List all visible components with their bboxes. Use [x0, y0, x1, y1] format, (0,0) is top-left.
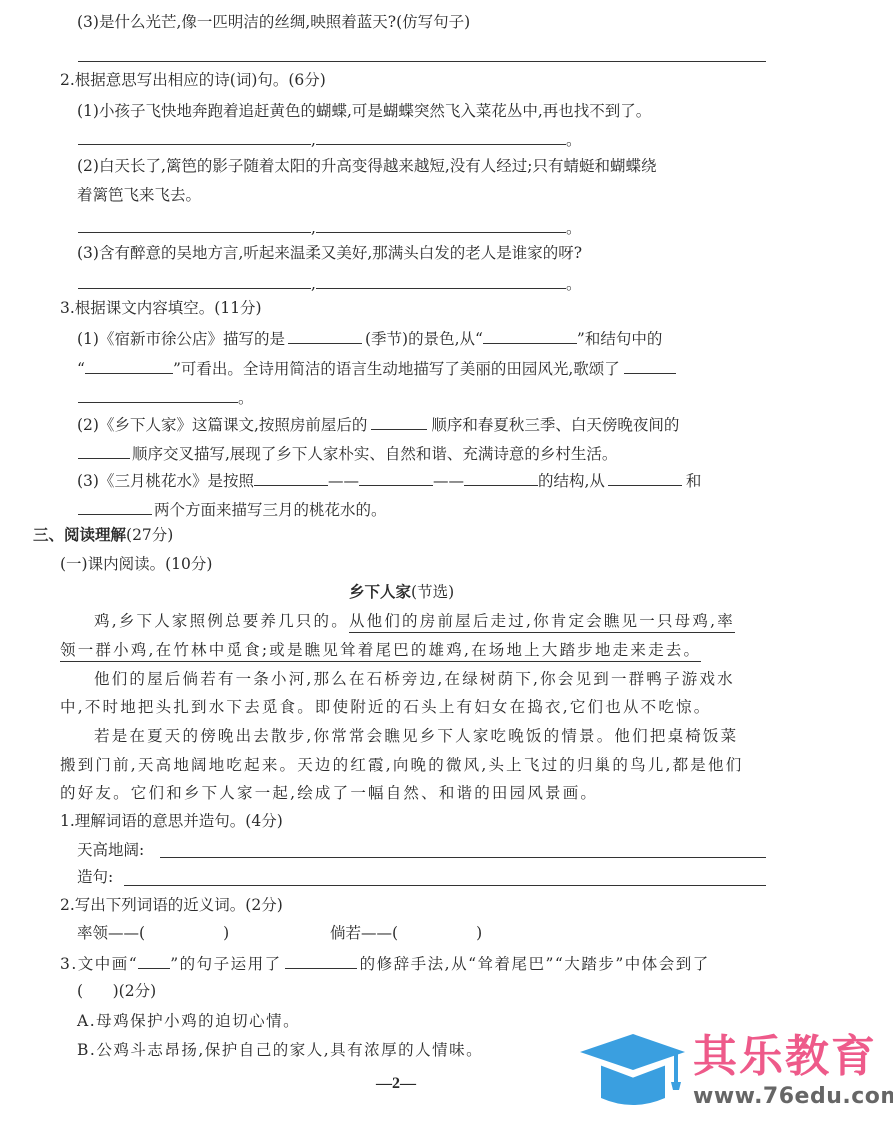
answer-blank[interactable]	[608, 469, 682, 486]
q3-item3-line2: 两个方面来描写三月的桃花水的。	[78, 498, 387, 520]
answer-blank-season[interactable]	[288, 327, 362, 344]
q2-item1-answer: ,。	[78, 128, 581, 150]
answer-blank[interactable]	[371, 413, 427, 430]
reading-q1-meaning-line[interactable]	[160, 857, 766, 858]
section3-heading: 三、阅读理解(27分)	[33, 525, 173, 545]
answer-blank[interactable]	[464, 469, 538, 486]
reading-q3-option-b[interactable]: B.公鸡斗志昂扬,保护自己的家人,具有浓厚的人情味。	[77, 1040, 483, 1060]
q3-item2-line1: (2)《乡下人家》这篇课文,按照房前屋后的顺序和春夏秋三季、白天傍晚夜间的	[77, 413, 679, 435]
answer-blank-rhetoric[interactable]	[285, 952, 357, 969]
answer-blank[interactable]	[78, 498, 152, 515]
answer-blank[interactable]	[316, 272, 566, 289]
reading-q2-heading: 2.写出下列词语的近义词。(2分)	[60, 895, 283, 915]
q2-item2-text-line2: 着篱笆飞来飞去。	[77, 185, 201, 205]
answer-blank[interactable]	[359, 469, 433, 486]
reading-q1-sentence-label: 造句:	[77, 867, 113, 887]
answer-blank[interactable]	[316, 216, 566, 233]
answer-blank[interactable]	[78, 386, 238, 403]
reading-q1-sentence-line[interactable]	[124, 885, 766, 886]
reading-q2-word1: 率领——()	[77, 923, 229, 943]
q3-heading: 3.根据课文内容填空。(11分)	[60, 298, 262, 318]
q2-item2-answer: ,。	[78, 216, 581, 238]
passage-p3-line3: 的好友。它们和乡下人家一起,绘成了一幅自然、和谐的田园风景画。	[60, 783, 598, 803]
section3-subheading: (一)课内阅读。(10分)	[60, 554, 212, 574]
answer-blank[interactable]	[624, 357, 676, 374]
reading-q3-answer-bracket[interactable]: ( )(2分)	[77, 981, 156, 1001]
q2-item3-answer: ,。	[78, 272, 581, 294]
q1-3-prompt: (3)是什么光芒,像一匹明洁的丝绸,映照着蓝天?(仿写句子)	[77, 12, 470, 32]
q3-item2-line2: 顺序交叉描写,展现了乡下人家朴实、自然和谐、充满诗意的乡村生活。	[78, 442, 617, 464]
answer-blank[interactable]	[85, 357, 173, 374]
passage-p1-line1: 鸡,乡下人家照例总要养几只的。从他们的房前屋后走过,你肯定会瞧见一只母鸡,率	[94, 611, 735, 631]
reading-q3-line1: 3.文中画“”的句子运用了的修辞手法,从“耸着尾巴”“大踏步”中体会到了	[60, 952, 710, 974]
underlined-sentence: 从他们的房前屋后走过,你肯定会瞧见一只母鸡,率	[349, 612, 735, 633]
answer-blank[interactable]	[78, 216, 311, 233]
page-number: —2—	[376, 1074, 416, 1094]
answer-blank[interactable]	[138, 952, 170, 969]
watermark-logo: 其乐教育 www.76edu.com	[575, 1028, 893, 1118]
reading-q3-option-a[interactable]: A.母鸡保护小鸡的迫切心情。	[77, 1011, 300, 1031]
passage-p1-line2: 领一群小鸡,在竹林中觅食;或是瞧见耸着尾巴的雄鸡,在场地上大踏步地走来走去。	[60, 640, 701, 660]
q3-item1-line3: 。	[78, 386, 254, 408]
reading-q2-word2: 倘若——()	[330, 923, 482, 943]
answer-blank[interactable]	[316, 128, 566, 145]
answer-blank[interactable]	[78, 272, 311, 289]
passage-p3-line1: 若是在夏天的傍晚出去散步,你常常会瞧见乡下人家吃晚饭的情景。他们把桌椅饭菜	[94, 726, 738, 746]
underlined-sentence: 领一群小鸡,在竹林中觅食;或是瞧见耸着尾巴的雄鸡,在场地上大踏步地走来走去。	[60, 641, 701, 662]
q2-item1-text: (1)小孩子飞快地奔跑着追赶黄色的蝴蝶,可是蝴蝶突然飞入菜花丛中,再也找不到了。	[77, 101, 651, 121]
answer-blank[interactable]	[483, 327, 577, 344]
brand-name: 其乐教育	[693, 1032, 877, 1082]
q1-3-answer-line[interactable]	[78, 61, 766, 62]
passage-p2-line2: 中,不时地把头扎到水下去觅食。即使附近的石头上有妇女在捣衣,它们也从不吃惊。	[60, 697, 711, 717]
reading-q1-term-label: 天高地阔:	[77, 840, 144, 860]
reading-q1-heading: 1.理解词语的意思并造句。(4分)	[60, 811, 283, 831]
passage-title: 乡下人家(节选)	[349, 582, 454, 602]
answer-blank[interactable]	[254, 469, 328, 486]
answer-blank[interactable]	[78, 442, 130, 459]
passage-p3-line2: 搬到门前,天高地阔地吃起来。天边的红霞,向晚的微风,头上飞过的归巢的鸟儿,都是他…	[60, 755, 743, 775]
passage-p2-line1: 他们的屋后倘若有一条小河,那么在石桥旁边,在绿树荫下,你会见到一群鸭子游戏水	[94, 669, 735, 689]
q3-item3-line1: (3)《三月桃花水》是按照————的结构,从和	[77, 469, 701, 491]
q2-heading: 2.根据意思写出相应的诗(词)句。(6分)	[60, 70, 326, 90]
q3-item1-line1: (1)《宿新市徐公店》描写的是(季节)的景色,从“”和结句中的	[77, 327, 662, 349]
q3-item1-line2: “”可看出。全诗用简洁的语言生动地描写了美丽的田园风光,歌颂了	[77, 357, 676, 379]
answer-blank[interactable]	[78, 128, 311, 145]
brand-url: www.76edu.com	[693, 1084, 893, 1110]
q2-item2-text-line1: (2)白天长了,篱笆的影子随着太阳的升高变得越来越短,没有人经过;只有蜻蜓和蝴蝶…	[77, 156, 657, 176]
graduation-cap-icon	[575, 1028, 690, 1113]
q2-item3-text: (3)含有醉意的吴地方言,听起来温柔又美好,那满头白发的老人是谁家的呀?	[77, 243, 582, 263]
